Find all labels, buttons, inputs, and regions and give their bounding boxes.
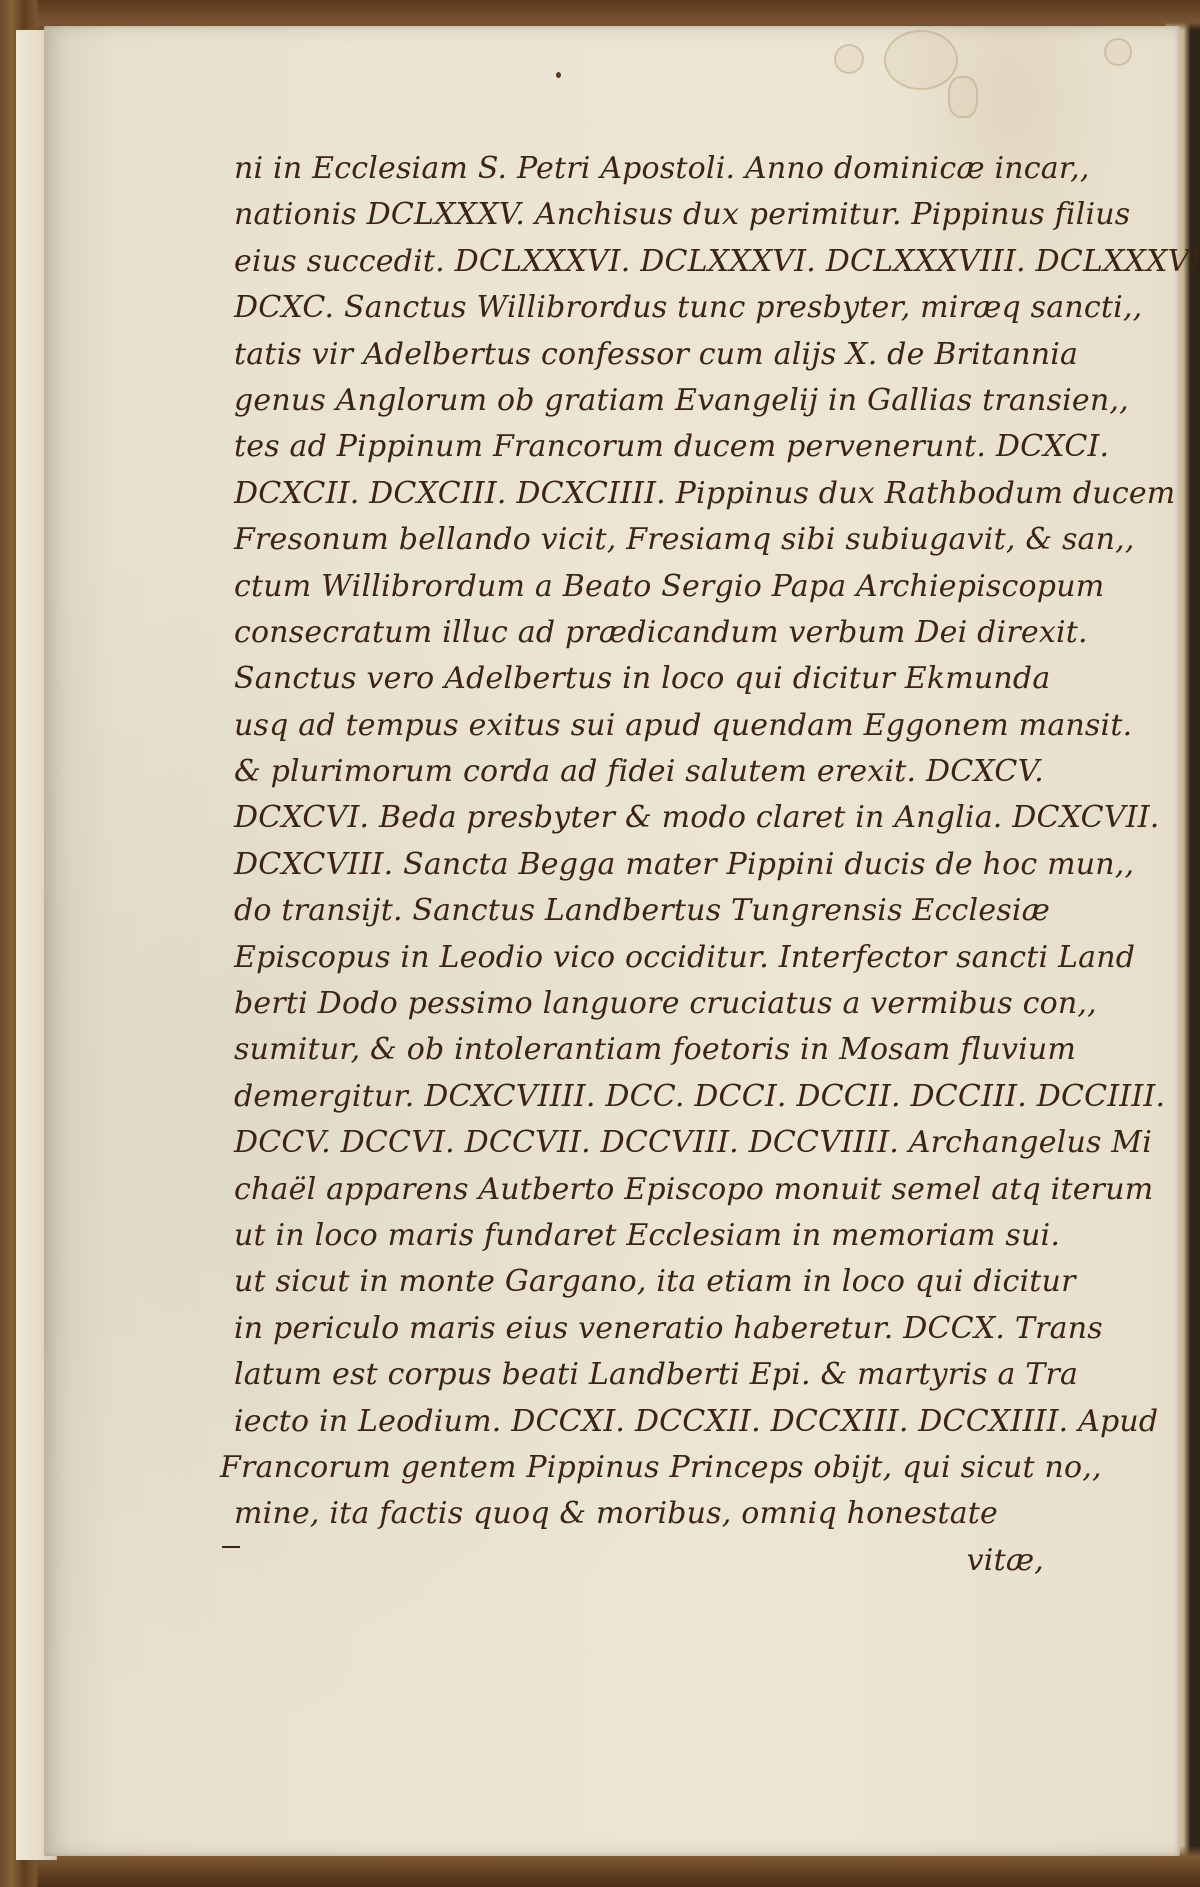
- text-line: DCXC. Sanctus Willibrordus tunc presbyte…: [234, 285, 1114, 331]
- text-line: chaël apparens Autberto Episcopo monuit …: [234, 1167, 1114, 1213]
- text-line: usq ad tempus exitus sui apud quendam Eg…: [234, 703, 1114, 749]
- text-line: berti Dodo pessimo languore cruciatus a …: [234, 981, 1114, 1027]
- text-line: Episcopus in Leodio vico occiditur. Inte…: [234, 935, 1114, 981]
- text-line: sumitur, & ob intolerantiam foetoris in …: [234, 1027, 1114, 1073]
- text-line: DCXCII. DCXCIII. DCXCIIII. Pippinus dux …: [234, 471, 1114, 517]
- text-line: DCXCVI. Beda presbyter & modo claret in …: [234, 795, 1114, 841]
- text-line: Francorum gentem Pippinus Princeps obijt…: [220, 1445, 1114, 1491]
- text-line: mine, ita factis quoq & moribus, omniq h…: [234, 1491, 1114, 1537]
- text-line: ctum Willibrordum a Beato Sergio Papa Ar…: [234, 564, 1114, 610]
- text-line: do transijt. Sanctus Landbertus Tungrens…: [234, 888, 1114, 934]
- ink-dot: [556, 72, 561, 78]
- text-line: tatis vir Adelbertus confessor cum alijs…: [234, 332, 1114, 378]
- text-line: nationis DCLXXXV. Anchisus dux perimitur…: [234, 192, 1114, 238]
- text-line: demergitur. DCXCVIIII. DCC. DCCI. DCCII.…: [234, 1074, 1114, 1120]
- text-line: eius succedit. DCLXXXVI. DCLXXXVI. DCLXX…: [234, 239, 1114, 285]
- text-line: genus Anglorum ob gratiam Evangelij in G…: [234, 378, 1114, 424]
- text-line: ni in Ecclesiam S. Petri Apostoli. Anno …: [234, 146, 1114, 192]
- text-line: iecto in Leodium. DCCXI. DCCXII. DCCXIII…: [234, 1399, 1114, 1445]
- text-line: ut sicut in monte Gargano, ita etiam in …: [234, 1259, 1114, 1305]
- text-line: tes ad Pippinum Francorum ducem pervener…: [234, 424, 1114, 470]
- text-line: consecratum illuc ad prædicandum verbum …: [234, 610, 1114, 656]
- water-stain: [948, 76, 978, 118]
- text-line: ut in loco maris fundaret Ecclesiam in m…: [234, 1213, 1114, 1259]
- text-line: Sanctus vero Adelbertus in loco qui dici…: [234, 656, 1114, 702]
- text-line: & plurimorum corda ad fidei salutem erex…: [234, 749, 1114, 795]
- water-stain: [884, 30, 958, 90]
- catchword: vitæ,: [234, 1538, 1114, 1584]
- text-line: DCCV. DCCVI. DCCVII. DCCVIII. DCCVIIII. …: [234, 1120, 1114, 1166]
- water-stain: [1104, 38, 1132, 66]
- water-stain: [834, 44, 864, 74]
- text-line: DCXCVIII. Sancta Begga mater Pippini duc…: [234, 842, 1114, 888]
- text-line: latum est corpus beati Landberti Epi. & …: [234, 1352, 1114, 1398]
- manuscript-text: ni in Ecclesiam S. Petri Apostoli. Anno …: [234, 146, 1114, 1584]
- text-line: in periculo maris eius veneratio haberet…: [234, 1306, 1114, 1352]
- text-line: Fresonum bellando vicit, Fresiamq sibi s…: [234, 517, 1114, 563]
